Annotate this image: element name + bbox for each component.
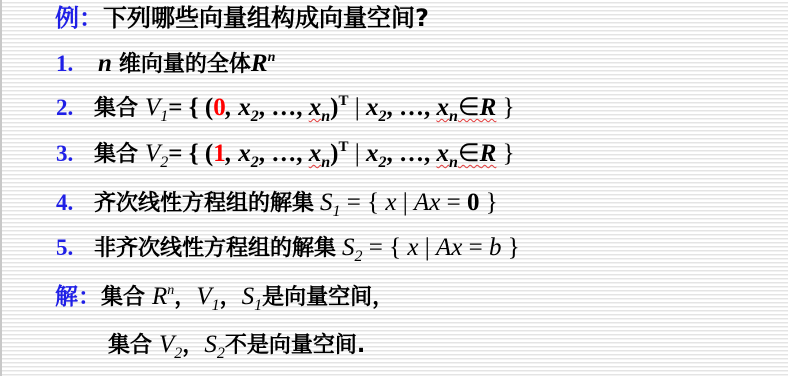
- set-r: Rn: [251, 50, 275, 77]
- first-component: 1: [213, 140, 226, 167]
- set-name: S2: [342, 234, 363, 261]
- question-label: 例：: [55, 4, 103, 32]
- set-name: S1: [320, 189, 341, 216]
- answer-line-1: 解：集合Rn，V1，S1是向量空间，: [55, 284, 394, 309]
- var-n: n: [98, 50, 112, 77]
- item-number: 1.: [56, 52, 98, 75]
- set-name: V2: [145, 140, 168, 167]
- item-prefix: 集合: [94, 96, 138, 121]
- item-number: 4.: [56, 191, 94, 214]
- item-text: 非齐次线性方程组的解集: [94, 236, 336, 261]
- item-4: 4.齐次线性方程组的解集S1 = { x | Ax = 0 }: [56, 190, 498, 215]
- item-prefix: 集合: [94, 142, 138, 167]
- item-3: 3.集合V2= { (1, x2, …, xn)T | x2, …, xn∈R …: [56, 141, 515, 166]
- first-component: 0: [213, 94, 226, 121]
- item-text: 维向量的全体: [119, 52, 251, 77]
- set-name: V1: [145, 94, 168, 121]
- item-number: 5.: [56, 236, 94, 259]
- item-5: 5.非齐次线性方程组的解集S2 = { x | Ax = b }: [56, 235, 520, 260]
- answer-line-2: 集合V2，S2不是向量空间.: [108, 332, 365, 357]
- item-number: 2.: [56, 96, 94, 119]
- question-line: 例：下列哪些向量组构成向量空间?: [55, 6, 429, 30]
- item-number: 3.: [56, 142, 94, 165]
- answer-label: 解：: [55, 284, 101, 310]
- item-1: 1.n维向量的全体Rn: [56, 51, 275, 76]
- item-2: 2.集合V1= { (0, x2, …, xn)T | x2, …, xn∈R …: [56, 95, 515, 120]
- item-text: 齐次线性方程组的解集: [94, 191, 314, 216]
- question-text: 下列哪些向量组构成向量空间?: [103, 4, 429, 32]
